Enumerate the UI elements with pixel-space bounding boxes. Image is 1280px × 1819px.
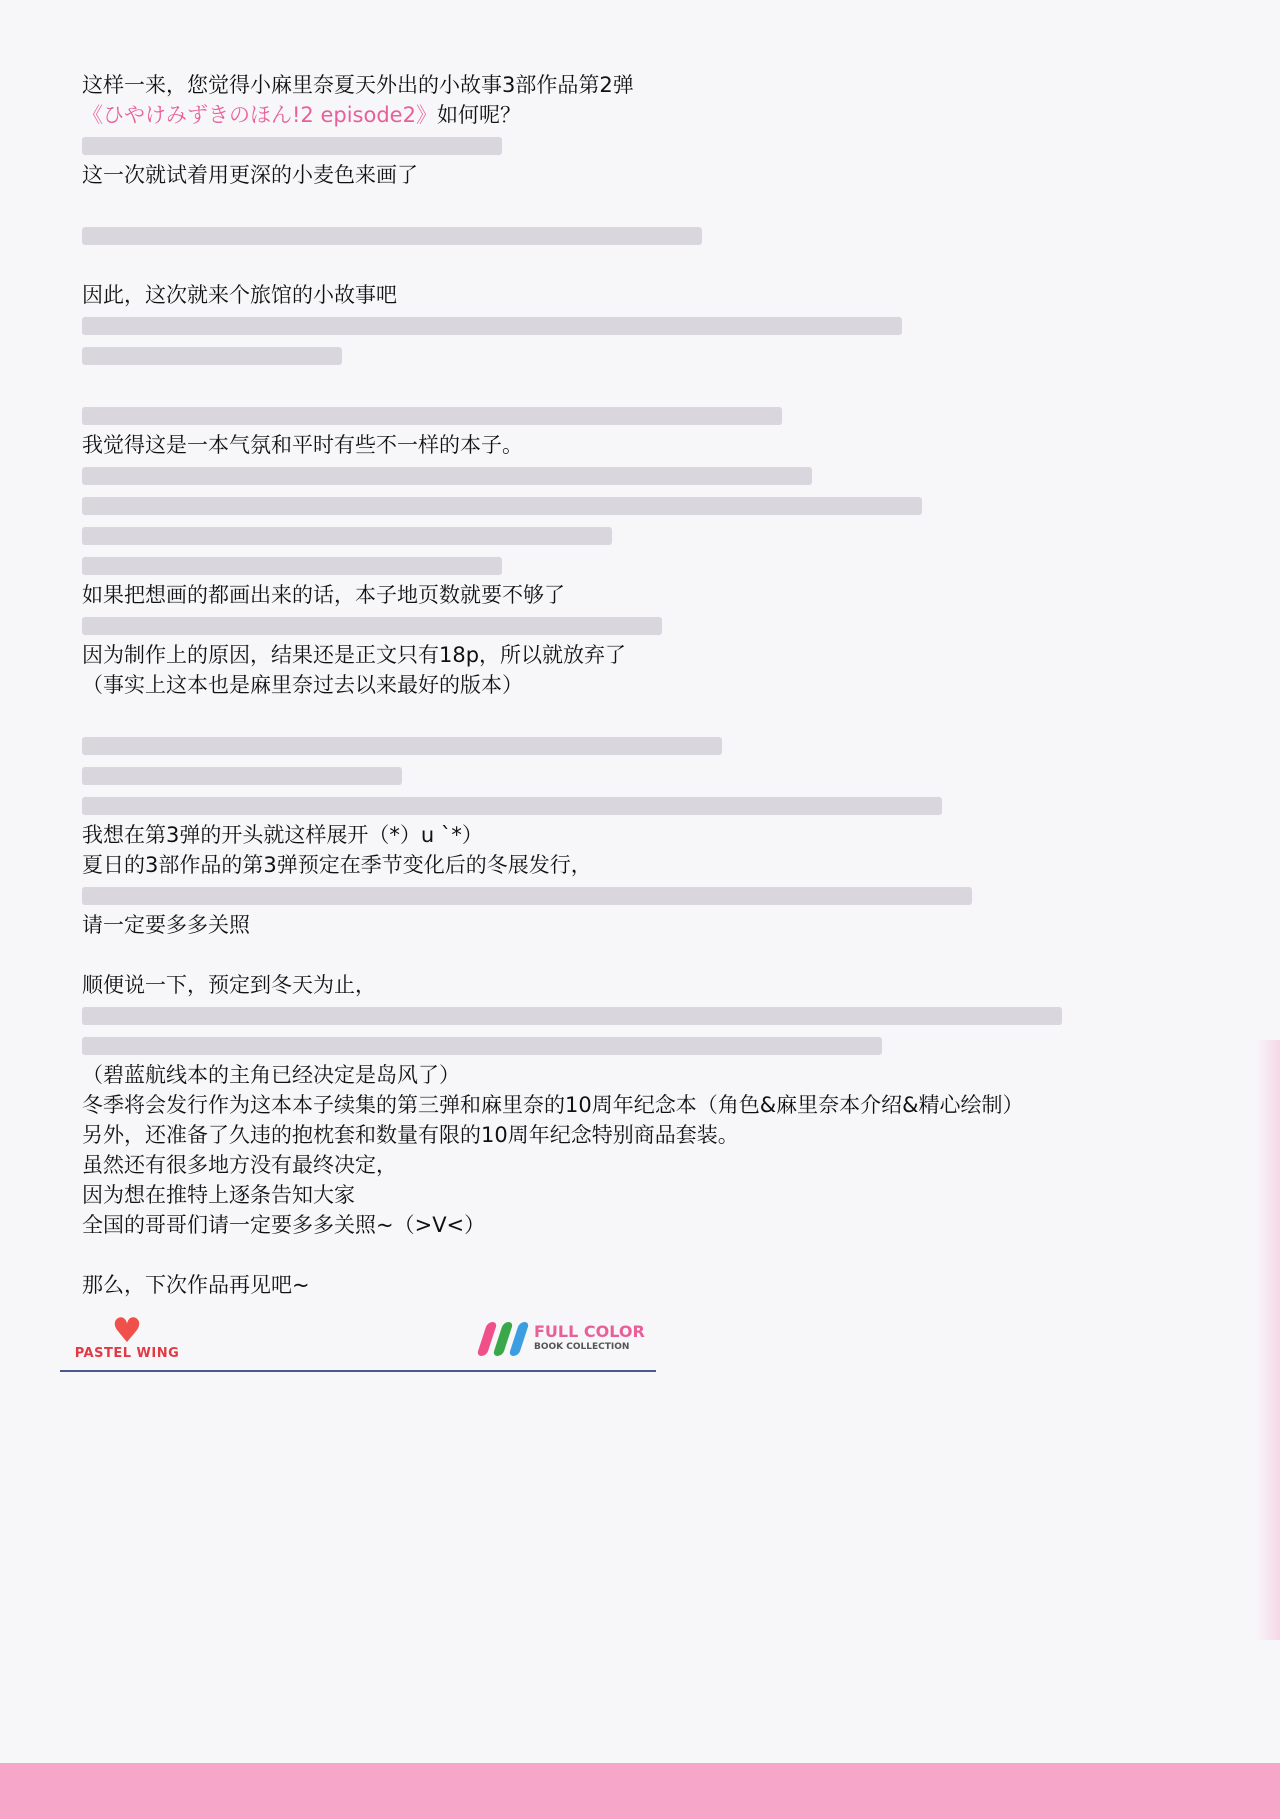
text-line xyxy=(82,250,1202,280)
text-line: （事实上这本也是麻里奈过去以来最好的版本） xyxy=(82,670,1202,700)
text-line xyxy=(82,1000,1202,1030)
full-color-subtitle: BOOK COLLECTION xyxy=(534,1342,629,1352)
footer-divider xyxy=(60,1370,656,1372)
omitted-text-placeholder xyxy=(82,1007,1062,1025)
text-line xyxy=(82,220,1202,250)
text-line xyxy=(82,370,1202,400)
omitted-text-placeholder xyxy=(82,617,662,635)
text-line: 顺便说一下，预定到冬天为止， xyxy=(82,970,1202,1000)
omitted-text-placeholder xyxy=(82,407,782,425)
omitted-text-placeholder xyxy=(82,347,342,365)
text-line xyxy=(82,700,1202,730)
full-color-logo: FULL COLOR BOOK COLLECTION xyxy=(478,1320,658,1360)
title-highlight: 《ひやけみずきのほん!2 episode2》 xyxy=(82,103,437,127)
text-line xyxy=(82,400,1202,430)
text-line: 全国的哥哥们请一定要多多关照~（>V<） xyxy=(82,1210,1202,1240)
omitted-text-placeholder xyxy=(82,227,702,245)
text-line xyxy=(82,730,1202,760)
text-line xyxy=(82,190,1202,220)
text-line xyxy=(82,790,1202,820)
text-line: 因为制作上的原因，结果还是正文只有18p，所以就放弃了 xyxy=(82,640,1202,670)
footer-logos: ♥ PASTEL WING FULL COLOR BOOK COLLECTION xyxy=(60,1310,656,1372)
text-line: 我想在第3弹的开头就这样展开（*）u `*） xyxy=(82,820,1202,850)
text-line xyxy=(82,880,1202,910)
text-line xyxy=(82,550,1202,580)
text-line: 因为想在推特上逐条告知大家 xyxy=(82,1180,1202,1210)
omitted-text-placeholder xyxy=(82,887,972,905)
text-line xyxy=(82,460,1202,490)
text-line: 另外，还准备了久违的抱枕套和数量有限的10周年纪念特别商品套装。 xyxy=(82,1120,1202,1150)
text-line xyxy=(82,490,1202,520)
text-line: 如果把想画的都画出来的话，本子地页数就要不够了 xyxy=(82,580,1202,610)
text-line: 那么，下次作品再见吧~ xyxy=(82,1270,1202,1300)
text-line xyxy=(82,1030,1202,1060)
text-line: 冬季将会发行作为这本本子续集的第三弹和麻里奈的10周年纪念本（角色&麻里奈本介绍… xyxy=(82,1090,1202,1120)
pastel-wing-logo: ♥ PASTEL WING xyxy=(72,1316,182,1364)
omitted-text-placeholder xyxy=(82,467,812,485)
text-line xyxy=(82,940,1202,970)
page-edge-tint xyxy=(1256,1040,1280,1640)
text-line: 因此，这次就来个旅馆的小故事吧 xyxy=(82,280,1202,310)
text-line: 这样一来，您觉得小麻里奈夏天外出的小故事3部作品第2弹 xyxy=(82,70,1202,100)
omitted-text-placeholder xyxy=(82,557,502,575)
text-line: 《ひやけみずきのほん!2 episode2》如何呢？ xyxy=(82,100,1202,130)
omitted-text-placeholder xyxy=(82,527,612,545)
omitted-text-placeholder xyxy=(82,317,902,335)
text-line: （碧蓝航线本的主角已经决定是岛风了） xyxy=(82,1060,1202,1090)
omitted-text-placeholder xyxy=(82,497,922,515)
text-line xyxy=(82,130,1202,160)
text-line: 请一定要多多关照 xyxy=(82,910,1202,940)
winged-heart-icon: ♥ xyxy=(110,1316,144,1346)
omitted-text-placeholder xyxy=(82,137,502,155)
text-line xyxy=(82,760,1202,790)
afterword-text: 这样一来，您觉得小麻里奈夏天外出的小故事3部作品第2弹《ひやけみずきのほん!2 … xyxy=(82,70,1202,1300)
omitted-text-placeholder xyxy=(82,767,402,785)
pastel-wing-name: PASTEL WING xyxy=(72,1346,182,1361)
text-line: 这一次就试着用更深的小麦色来画了 xyxy=(82,160,1202,190)
omitted-text-placeholder xyxy=(82,1037,882,1055)
bottom-pink-band xyxy=(0,1763,1280,1819)
text-line: 夏日的3部作品的第3弹预定在季节变化后的冬展发行， xyxy=(82,850,1202,880)
line-suffix: 如何呢？ xyxy=(437,103,521,127)
full-color-title: FULL COLOR xyxy=(534,1322,645,1341)
text-line xyxy=(82,520,1202,550)
text-line xyxy=(82,1240,1202,1270)
text-line: 我觉得这是一本气氛和平时有些不一样的本子。 xyxy=(82,430,1202,460)
omitted-text-placeholder xyxy=(82,797,942,815)
omitted-text-placeholder xyxy=(82,737,722,755)
text-line xyxy=(82,610,1202,640)
text-line xyxy=(82,340,1202,370)
text-line xyxy=(82,310,1202,340)
text-line: 虽然还有很多地方没有最终决定， xyxy=(82,1150,1202,1180)
